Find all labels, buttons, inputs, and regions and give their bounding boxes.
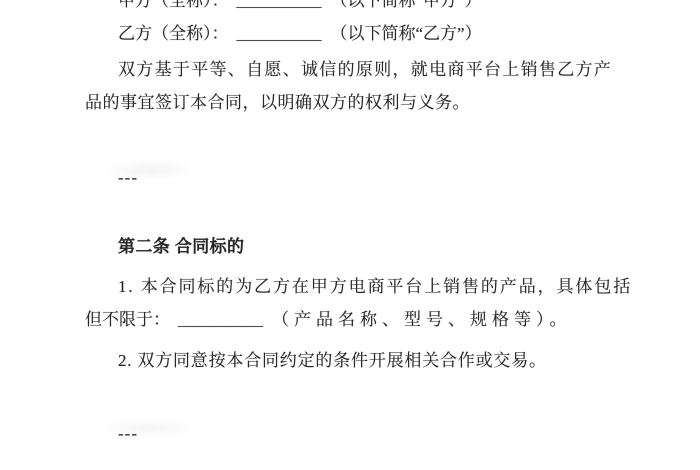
- contract-text-block: 甲方（全称）：__________（以下简称“甲方”） 乙方（全称）：_____…: [0, 0, 700, 450]
- party-a-label: 甲方（全称）：: [118, 0, 229, 10]
- clause-1-line-1: 1. 本合同标的为乙方在甲方电商平台上销售的产品，具体包括: [85, 270, 700, 303]
- party-a-alias: （以下简称“甲方”）: [331, 0, 482, 10]
- divider-1: ---: [85, 161, 700, 194]
- clause-2-line: 2. 双方同意按本合同约定的条件开展相关合作或交易。: [85, 344, 700, 377]
- clause-heading: 第二条 合同标的: [85, 230, 700, 263]
- party-a-line: 甲方（全称）：__________（以下简称“甲方”）: [85, 0, 700, 17]
- party-a-blank-field: __________: [237, 0, 322, 10]
- party-b-label: 乙方（全称）：: [118, 24, 229, 43]
- party-b-line: 乙方（全称）：__________（以下简称“乙方”）: [85, 17, 700, 50]
- clause-1-line-2-label: 但不限于：: [85, 310, 170, 329]
- divider-2: ---: [85, 417, 700, 450]
- preamble-line-2: 品的事宜签订本合同，以明确双方的权利与义务。: [85, 86, 700, 119]
- contract-document-page: 甲方（全称）：__________（以下简称“甲方”） 乙方（全称）：_____…: [0, 0, 700, 470]
- clause-1-line-2: 但不限于：__________（产品名称、型号、规格等）。: [85, 303, 700, 336]
- clause-1-blank-field: __________: [178, 310, 263, 329]
- preamble-paragraph: 双方基于平等、自愿、诚信的原则，就电商平台上销售乙方产 品的事宜签订本合同，以明…: [85, 53, 700, 119]
- preamble-line-1: 双方基于平等、自愿、诚信的原则，就电商平台上销售乙方产: [85, 53, 700, 86]
- divider-1-text: ---: [118, 168, 138, 187]
- clause-1-line-2-note: （产品名称、型号、规格等）。: [272, 310, 572, 329]
- party-b-alias: （以下简称“乙方”）: [331, 24, 482, 43]
- party-b-blank-field: __________: [237, 24, 322, 43]
- clause-1-paragraph: 1. 本合同标的为乙方在甲方电商平台上销售的产品，具体包括 但不限于：_____…: [85, 270, 700, 336]
- divider-2-text: ---: [118, 424, 138, 443]
